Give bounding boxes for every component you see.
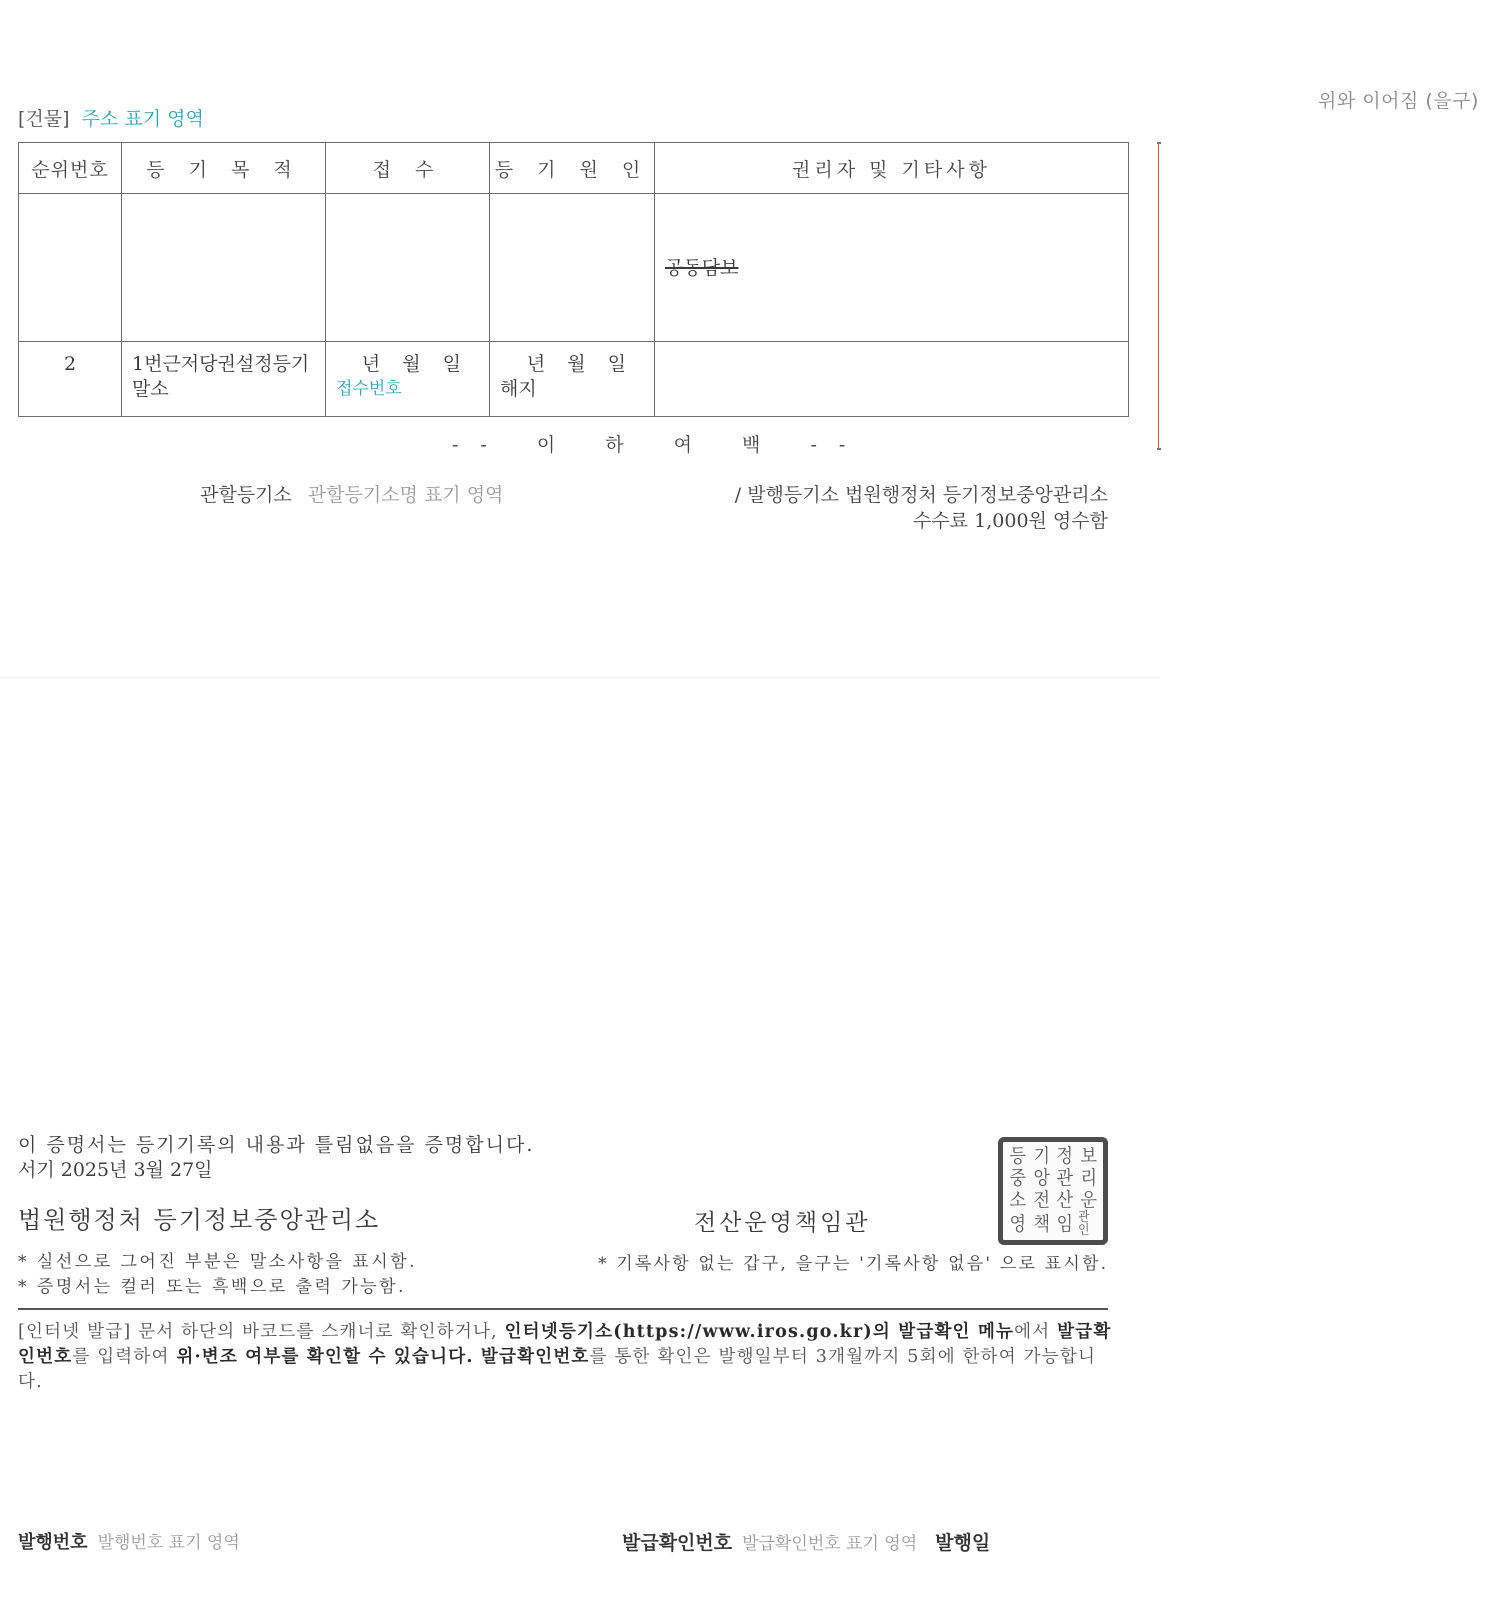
- note-strikethrough: * 실선으로 그어진 부분은 말소사항을 표시함.: [18, 1247, 417, 1272]
- confirm-number-label: 발급확인번호: [622, 1532, 732, 1554]
- cell-details: [655, 342, 1129, 417]
- page-seam: [0, 676, 1160, 679]
- cell-rank: 2: [19, 342, 122, 417]
- iros-link[interactable]: 인터넷등기소(https://www.iros.go.kr)의 발급확인 메뉴: [505, 1322, 1015, 1342]
- table-row: 공동담보: [19, 194, 1129, 342]
- issue-number-value: 발행번호 표기 영역: [98, 1533, 240, 1553]
- cell-purpose: 1번근저당권설정등기말소: [122, 342, 326, 417]
- cause-text: 해지: [490, 377, 654, 402]
- address-line: [건물] 주소 표기 영역: [18, 104, 204, 131]
- receipt-number: 접수번호: [326, 377, 489, 402]
- end-of-record-mark: -- 이 하 여 백 --: [452, 430, 867, 457]
- cell-cause: 년 월 일 해지: [490, 342, 655, 417]
- cell-rank: [19, 194, 122, 342]
- issue-date-label: 발행일: [935, 1532, 990, 1554]
- issuing-office-line: / 발행등기소 법원행정처 등기정보중앙관리소: [735, 482, 1108, 508]
- certification-statement: 이 증명서는 등기기록의 내용과 틀림없음을 증명합니다.: [18, 1130, 534, 1157]
- struck-joint-collateral: 공동담보: [665, 257, 738, 279]
- divider: [18, 1308, 1108, 1310]
- cause-date: 년 월 일: [490, 342, 654, 377]
- jurisdiction-label: 관할등기소: [200, 484, 292, 506]
- certification-date: 서기 2025년 3월 27일: [18, 1155, 213, 1182]
- certifying-office: 법원행정처 등기정보중앙관리소: [18, 1200, 380, 1235]
- note-print-color: * 증명서는 컬러 또는 흑백으로 출력 가능함.: [18, 1272, 406, 1297]
- confirm-number-value: 발급확인번호 표기 영역: [742, 1534, 917, 1554]
- cell-receipt: 년 월 일 접수번호: [326, 342, 490, 417]
- section-bracket: [1158, 142, 1164, 450]
- jurisdiction-value: 관할등기소명 표기 영역: [308, 484, 504, 506]
- issue-number-label: 발행번호: [18, 1532, 88, 1553]
- footer-issue-number: 발행번호발행번호 표기 영역: [18, 1528, 258, 1554]
- address-value: 주소 표기 영역: [82, 108, 204, 130]
- receipt-date: 년 월 일: [326, 342, 489, 377]
- cell-purpose: [122, 194, 326, 342]
- footer-confirmation: 발급확인번호발급확인번호 표기 영역발행일: [622, 1528, 990, 1555]
- building-tag: [건물]: [18, 108, 70, 130]
- header-cause: 등 기 원 인: [490, 143, 655, 194]
- continued-label: 위와 이어짐 (을구): [1318, 86, 1479, 113]
- internet-issuance-notice: [인터넷 발급] 문서 하단의 바코드를 스캐너로 확인하거나, 인터넷등기소(…: [18, 1320, 1113, 1395]
- official-seal-icon: 등 기 정 보 중 앙 관 리 소 전 산 운 영 책 임 관인: [998, 1137, 1108, 1245]
- jurisdiction-office: 관할등기소관할등기소명 표기 영역: [200, 480, 503, 507]
- cell-details: 공동담보: [655, 194, 1129, 342]
- responsible-officer: 전산운영책임관: [694, 1204, 871, 1237]
- note-no-records: * 기록사항 없는 갑구, 을구는 '기록사항 없음' 으로 표시함.: [598, 1249, 1108, 1274]
- fee-line: 수수료 1,000원 영수함: [735, 508, 1108, 534]
- table-header-row: 순위번호 등 기 목 적 접 수 등 기 원 인 권리자 및 기타사항: [19, 143, 1129, 194]
- header-rank: 순위번호: [19, 143, 122, 194]
- register-table: 순위번호 등 기 목 적 접 수 등 기 원 인 권리자 및 기타사항 공동담보…: [18, 142, 1129, 417]
- issuing-office: / 발행등기소 법원행정처 등기정보중앙관리소 수수료 1,000원 영수함: [735, 482, 1108, 534]
- header-receipt: 접 수: [326, 143, 490, 194]
- header-details: 권리자 및 기타사항: [655, 143, 1129, 194]
- cell-cause: [490, 194, 655, 342]
- header-purpose: 등 기 목 적: [122, 143, 326, 194]
- cell-receipt: [326, 194, 490, 342]
- table-row: 2 1번근저당권설정등기말소 년 월 일 접수번호 년 월 일 해지: [19, 342, 1129, 417]
